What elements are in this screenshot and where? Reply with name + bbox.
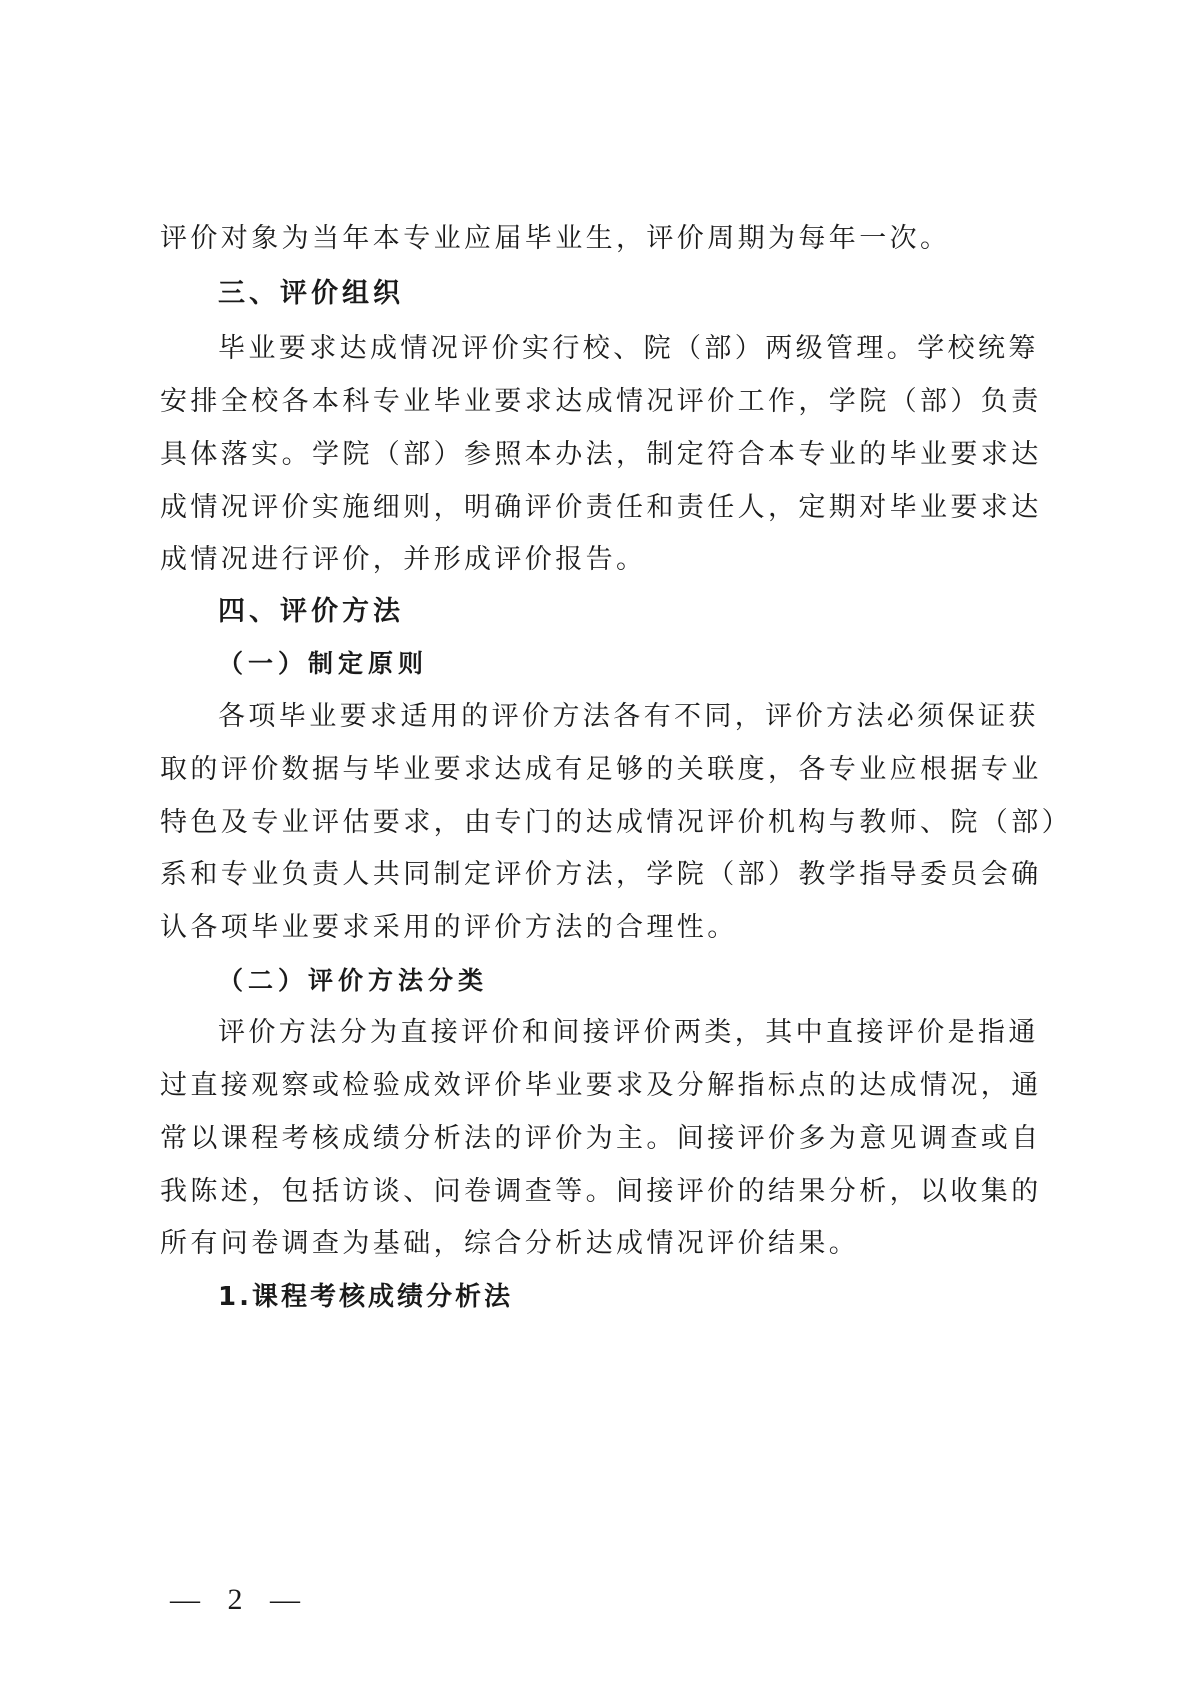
section-heading-evaluation-organization: 三、评价组织 bbox=[218, 276, 404, 312]
paragraph-line: 特色及专业评估要求，由专门的达成情况评价机构与教师、院（部） bbox=[160, 805, 1072, 841]
paragraph-line: 具体落实。学院（部）参照本办法，制定符合本专业的毕业要求达 bbox=[160, 437, 1042, 473]
paragraph-line: 安排全校各本科专业毕业要求达成情况评价工作，学院（部）负责 bbox=[160, 384, 1042, 420]
paragraph-line: 取的评价数据与毕业要求达成有足够的关联度，各专业应根据专业 bbox=[160, 752, 1042, 788]
paragraph-line: 过直接观察或检验成效评价毕业要求及分解指标点的达成情况，通 bbox=[160, 1068, 1042, 1104]
paragraph-line: 所有问卷调查为基础，综合分析达成情况评价结果。 bbox=[160, 1226, 859, 1262]
subsection-heading-method-classification: （二）评价方法分类 bbox=[218, 963, 488, 999]
paragraph-line: 常以课程考核成绩分析法的评价为主。间接评价多为意见调查或自 bbox=[160, 1121, 1042, 1157]
item-heading-course-grade-analysis: 1.课程考核成绩分析法 bbox=[218, 1279, 513, 1315]
subsection-heading-principles: （一）制定原则 bbox=[218, 646, 428, 682]
paragraph-line: 系和专业负责人共同制定评价方法，学院（部）教学指导委员会确 bbox=[160, 857, 1042, 893]
document-page: 评价对象为当年本专业应届毕业生，评价周期为每年一次。 三、评价组织 毕业要求达成… bbox=[0, 0, 1191, 1684]
paragraph-line: 评价方法分为直接评价和间接评价两类，其中直接评价是指通 bbox=[218, 1015, 1039, 1051]
paragraph-line: 评价对象为当年本专业应届毕业生，评价周期为每年一次。 bbox=[160, 221, 950, 257]
paragraph-line: 各项毕业要求适用的评价方法各有不同，评价方法必须保证获 bbox=[218, 699, 1039, 735]
page-number: — 2 — bbox=[170, 1583, 310, 1617]
paragraph-line: 毕业要求达成情况评价实行校、院（部）两级管理。学校统筹 bbox=[218, 331, 1039, 367]
paragraph-line: 我陈述，包括访谈、问卷调查等。间接评价的结果分析，以收集的 bbox=[160, 1174, 1042, 1210]
paragraph-line: 成情况进行评价，并形成评价报告。 bbox=[160, 542, 646, 578]
paragraph-line: 认各项毕业要求采用的评价方法的合理性。 bbox=[160, 910, 738, 946]
section-heading-evaluation-method: 四、评价方法 bbox=[218, 594, 404, 630]
paragraph-line: 成情况评价实施细则，明确评价责任和责任人，定期对毕业要求达 bbox=[160, 490, 1042, 526]
